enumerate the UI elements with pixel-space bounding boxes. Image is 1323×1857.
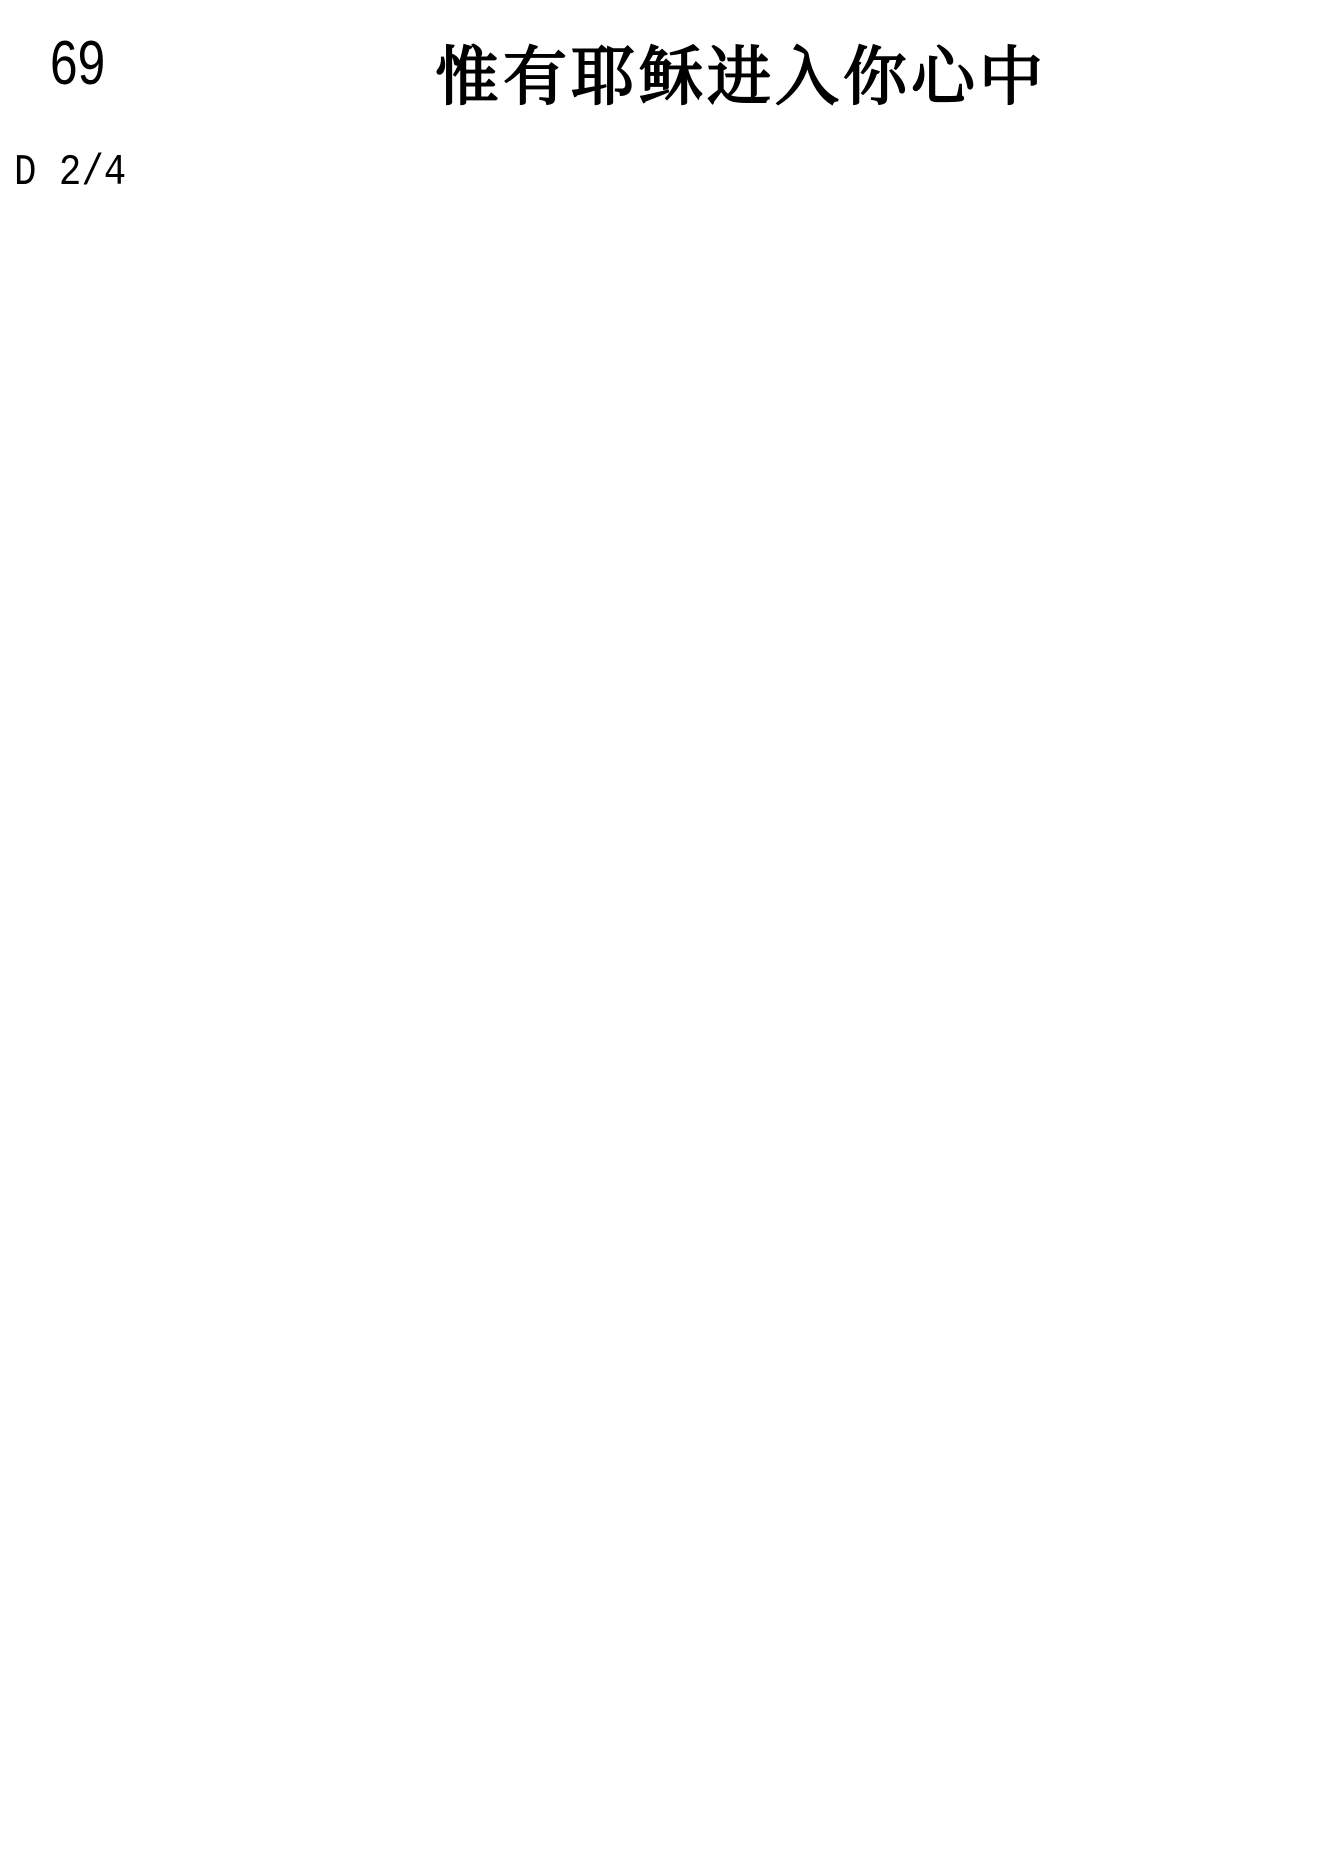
hymn-title: 惟有耶稣进入你心中 — [435, 26, 1047, 118]
key-time-signature: D 2/4 — [14, 148, 126, 198]
hymn-number: 69 — [50, 28, 105, 99]
